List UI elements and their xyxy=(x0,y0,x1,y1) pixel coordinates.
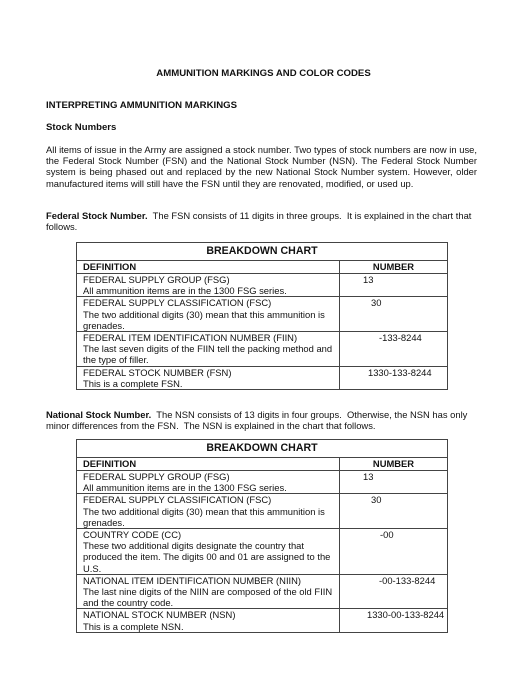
stock-number-value: 30 xyxy=(340,494,381,505)
definition-cell: FEDERAL SUPPLY CLASSIFICATION (FSC)The t… xyxy=(77,494,340,529)
table-row: FEDERAL SUPPLY GROUP (FSG)All ammunition… xyxy=(77,471,448,494)
definition-description: All ammunition items are in the 1300 FSG… xyxy=(83,285,339,296)
definition-cell: FEDERAL SUPPLY GROUP (FSG)All ammunition… xyxy=(77,274,340,297)
stock-number-value: -133-8244 xyxy=(340,332,422,343)
column-header-definition: DEFINITION xyxy=(77,261,340,274)
definition-term: FEDERAL ITEM IDENTIFICATION NUMBER (FIIN… xyxy=(83,332,339,343)
definition-term: FEDERAL SUPPLY CLASSIFICATION (FSC) xyxy=(83,494,339,505)
stock-number-value: 1330-00-133-8244 xyxy=(340,609,444,620)
definition-description: These two additional digits designate th… xyxy=(83,540,339,574)
definition-term: FEDERAL SUPPLY GROUP (FSG) xyxy=(83,274,339,285)
number-cell: 1330-133-8244 xyxy=(340,366,448,389)
definition-cell: FEDERAL SUPPLY CLASSIFICATION (FSC)The t… xyxy=(77,297,340,332)
table-row: FEDERAL SUPPLY GROUP (FSG)All ammunition… xyxy=(77,274,448,297)
definition-term: FEDERAL STOCK NUMBER (FSN) xyxy=(83,367,339,378)
definition-term: FEDERAL SUPPLY GROUP (FSG) xyxy=(83,471,339,482)
column-header-definition: DEFINITION xyxy=(77,458,340,471)
chart-caption: BREAKDOWN CHART xyxy=(77,243,448,261)
definition-description: The last seven digits of the FIIN tell t… xyxy=(83,343,339,365)
subsection-heading: Stock Numbers xyxy=(46,122,116,133)
definition-cell: FEDERAL STOCK NUMBER (FSN)This is a comp… xyxy=(77,366,340,389)
stock-number-value: -00-133-8244 xyxy=(340,575,435,586)
definition-description: This is a complete FSN. xyxy=(83,378,339,389)
definition-description: The last nine digits of the NIIN are com… xyxy=(83,586,339,608)
definition-term: NATIONAL ITEM IDENTIFICATION NUMBER (NII… xyxy=(83,575,339,586)
number-cell: 13 xyxy=(340,274,448,297)
fsn-chart-body: FEDERAL SUPPLY GROUP (FSG)All ammunition… xyxy=(77,274,448,390)
table-row: NATIONAL ITEM IDENTIFICATION NUMBER (NII… xyxy=(77,574,448,609)
chart-caption: BREAKDOWN CHART xyxy=(77,440,448,458)
document-page: AMMUNITION MARKINGS AND COLOR CODES INTE… xyxy=(0,0,527,681)
table-row: NATIONAL STOCK NUMBER (NSN)This is a com… xyxy=(77,609,448,632)
table-row: FEDERAL ITEM IDENTIFICATION NUMBER (FIIN… xyxy=(77,332,448,367)
fsn-paragraph: Federal Stock Number. The FSN consists o… xyxy=(46,210,477,232)
stock-number-value: -00 xyxy=(340,529,394,540)
definition-cell: NATIONAL ITEM IDENTIFICATION NUMBER (NII… xyxy=(77,574,340,609)
definition-cell: NATIONAL STOCK NUMBER (NSN)This is a com… xyxy=(77,609,340,632)
intro-paragraph: All items of issue in the Army are assig… xyxy=(46,144,477,189)
fsn-breakdown-chart: BREAKDOWN CHART DEFINITION NUMBER FEDERA… xyxy=(76,242,448,390)
definition-term: NATIONAL STOCK NUMBER (NSN) xyxy=(83,609,339,620)
table-row: FEDERAL SUPPLY CLASSIFICATION (FSC)The t… xyxy=(77,297,448,332)
stock-number-value: 13 xyxy=(340,274,373,285)
definition-description: The two additional digits (30) mean that… xyxy=(83,506,339,528)
stock-number-value: 30 xyxy=(340,297,381,308)
document-title: AMMUNITION MARKINGS AND COLOR CODES xyxy=(0,68,527,79)
definition-cell: FEDERAL ITEM IDENTIFICATION NUMBER (FIIN… xyxy=(77,332,340,367)
number-cell: 13 xyxy=(340,471,448,494)
definition-term: COUNTRY CODE (CC) xyxy=(83,529,339,540)
number-cell: -00 xyxy=(340,529,448,575)
number-cell: -00-133-8244 xyxy=(340,574,448,609)
nsn-paragraph: National Stock Number. The NSN consists … xyxy=(46,409,477,431)
nsn-chart-body: FEDERAL SUPPLY GROUP (FSG)All ammunition… xyxy=(77,471,448,633)
stock-number-value: 13 xyxy=(340,471,373,482)
table-row: COUNTRY CODE (CC)These two additional di… xyxy=(77,529,448,575)
table-row: FEDERAL SUPPLY CLASSIFICATION (FSC)The t… xyxy=(77,494,448,529)
stock-number-value: 1330-133-8244 xyxy=(340,367,432,378)
section-heading: INTERPRETING AMMUNITION MARKINGS xyxy=(46,100,237,111)
column-header-number: NUMBER xyxy=(340,261,448,274)
definition-term: FEDERAL SUPPLY CLASSIFICATION (FSC) xyxy=(83,297,339,308)
table-row: FEDERAL STOCK NUMBER (FSN)This is a comp… xyxy=(77,366,448,389)
number-cell: -133-8244 xyxy=(340,332,448,367)
number-cell: 1330-00-133-8244 xyxy=(340,609,448,632)
column-header-number: NUMBER xyxy=(340,458,448,471)
definition-description: This is a complete NSN. xyxy=(83,621,339,632)
definition-description: The two additional digits (30) mean that… xyxy=(83,309,339,331)
fsn-paragraph-lead: Federal Stock Number. xyxy=(46,210,148,221)
nsn-paragraph-lead: National Stock Number. xyxy=(46,409,151,420)
definition-description: All ammunition items are in the 1300 FSG… xyxy=(83,482,339,493)
number-cell: 30 xyxy=(340,297,448,332)
number-cell: 30 xyxy=(340,494,448,529)
definition-cell: FEDERAL SUPPLY GROUP (FSG)All ammunition… xyxy=(77,471,340,494)
definition-cell: COUNTRY CODE (CC)These two additional di… xyxy=(77,529,340,575)
nsn-breakdown-chart: BREAKDOWN CHART DEFINITION NUMBER FEDERA… xyxy=(76,439,448,633)
